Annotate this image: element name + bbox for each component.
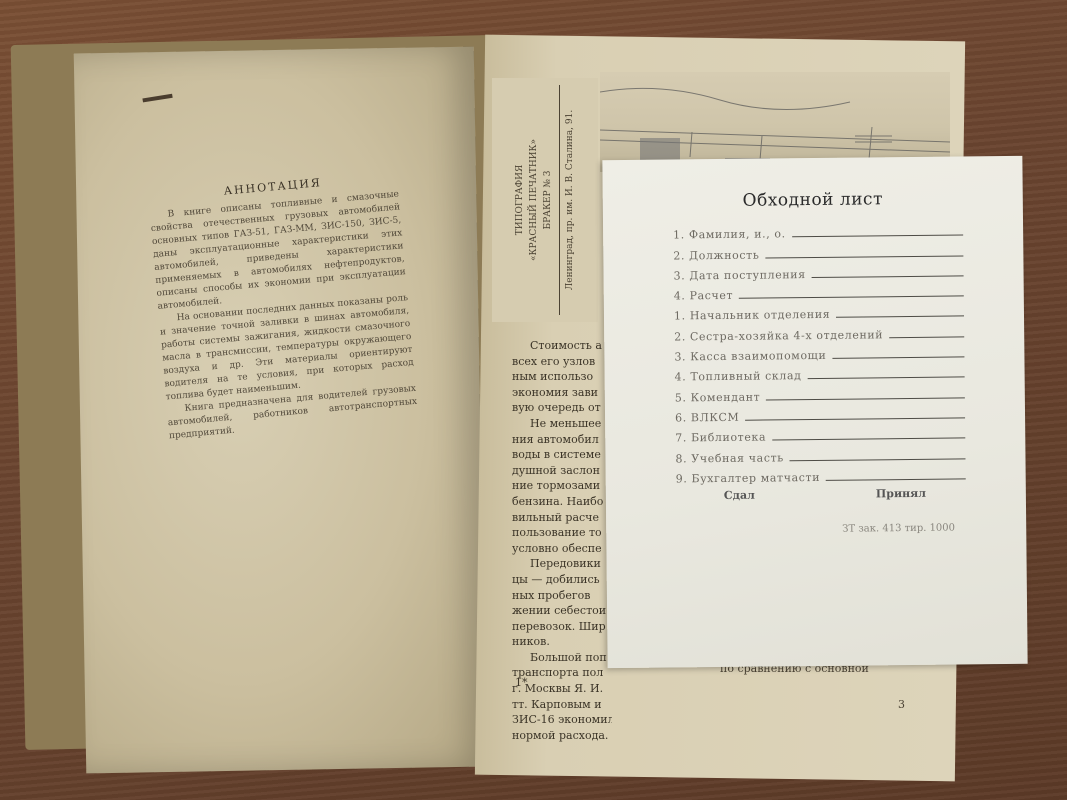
blank-line (826, 478, 966, 480)
text-line: цы — добились (512, 572, 612, 588)
text-line: ЗИС-16 экономил (512, 712, 612, 728)
field-label: 9. Бухгалтер матчасти (676, 471, 827, 486)
field-label: 8. Учебная часть (675, 451, 789, 465)
field-label: 2. Должность (673, 248, 765, 262)
text-line: ных пробегов (512, 588, 612, 604)
text-line: условно обеспе (512, 541, 612, 557)
text-line: бензина. Наибо (512, 494, 612, 510)
printing-house-stamp: ТИПОГРАФИЯ «КРАСНЫЙ ПЕЧАТНИК» БРАКЕР № 3… (492, 78, 598, 322)
blank-line (766, 397, 965, 400)
field-label: 3. Дата поступления (673, 268, 811, 282)
text-line: Передовики (512, 556, 612, 572)
text-line: вую очередь от (512, 400, 612, 416)
form-fields: 1. Фамилия, и., о. 2. Должность 3. Дата … (673, 218, 966, 485)
text-line: Большой поп (512, 650, 612, 666)
blank-line (790, 458, 966, 461)
text-line: экономия зави (512, 385, 612, 401)
stamp-address: Ленинград, пр. им. И. В. Сталина, 91. (559, 85, 577, 315)
form-field: 9. Бухгалтер матчасти (676, 462, 966, 485)
print-run-imprint: ЗТ зак. 413 тир. 1000 (842, 523, 955, 535)
text-line: нормой расхода. (512, 728, 612, 744)
blank-line (772, 438, 965, 441)
blank-line (808, 377, 965, 380)
text-line: Не меньшее (512, 416, 612, 432)
field-label: 6. ВЛКСМ (675, 411, 745, 425)
field-label: 7. Библиотека (675, 431, 772, 445)
text-line: ние тормозами (512, 478, 612, 494)
field-label: 3. Касса взаимопомощи (674, 349, 832, 364)
text-line: всех его узлов (512, 354, 612, 370)
text-line: воды в системе (512, 447, 612, 463)
field-label: 5. Комендант (675, 390, 767, 404)
text-line: ников. (512, 634, 612, 650)
blank-line (745, 417, 965, 420)
blank-line (765, 255, 963, 258)
text-line: ния автомобил (512, 432, 612, 448)
field-label: 4. Топливный склад (675, 369, 808, 383)
text-line: перевозок. Шир (512, 619, 612, 635)
field-label: 1. Начальник отделения (674, 308, 836, 323)
text-line: Стоимость а (512, 338, 612, 354)
text-line: тт. Карповым и (512, 697, 612, 713)
blank-line (832, 357, 964, 359)
blank-line (836, 316, 964, 318)
blank-line (889, 336, 964, 338)
blank-line (792, 235, 963, 238)
blank-line (739, 296, 964, 299)
page-number: 3 (898, 698, 905, 711)
stamp-line: «КРАСНЫЙ ПЕЧАТНИК» (527, 85, 541, 315)
field-label: 4. Расчет (674, 289, 740, 303)
field-label: 2. Сестра-хозяйка 4-х отделений (674, 328, 889, 343)
stamp-line: ТИПОГРАФИЯ (513, 85, 527, 315)
clearance-form-sheet: Обходной лист 1. Фамилия, и., о. 2. Долж… (602, 156, 1027, 668)
text-line: пользование то (512, 525, 612, 541)
left-book-page: АННОТАЦИЯ В книге описаны топливные и см… (74, 47, 487, 774)
text-line: ным использо (512, 369, 612, 385)
handed-over-label: Сдал (724, 489, 755, 502)
text-line: душной заслон (512, 463, 612, 479)
field-label: 1. Фамилия, и., о. (673, 228, 792, 242)
ink-mark (142, 94, 172, 103)
signature-mark: 1* (515, 676, 528, 689)
text-line: жении себестои (512, 603, 612, 619)
signature-row: Сдал Принял (606, 486, 1026, 490)
text-line: вильный расче (512, 510, 612, 526)
accepted-label: Принял (876, 487, 926, 501)
stamp-line: БРАКЕР № 3 (541, 85, 555, 315)
form-title: Обходной лист (603, 188, 1023, 212)
blank-line (812, 275, 964, 278)
annotation-block: АННОТАЦИЯ В книге описаны топливные и см… (148, 170, 419, 444)
